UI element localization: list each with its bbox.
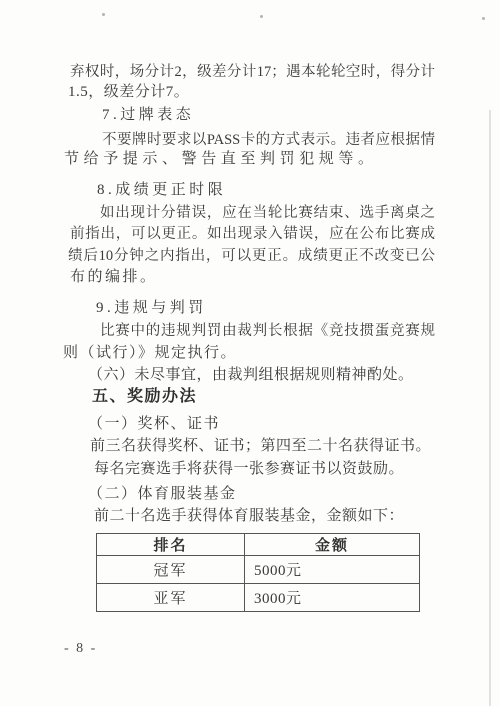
table-row: 冠军 5000元	[97, 556, 420, 584]
body-line-correction-2: 前指出，可以更正。如出现录入错误，应在公布比赛成	[70, 223, 435, 246]
body-line-pass-card-2: 节给予提示、警告直至判罚犯规等。	[64, 148, 378, 171]
subheading-sportswear-fund: （二）体育服装基金	[88, 483, 237, 506]
scan-speck	[102, 13, 105, 16]
body-line-correction-1: 如出现计分错误，应在当轮比赛结束、选手离桌之	[100, 202, 435, 225]
prize-table-header-row: 排名 金额	[97, 534, 420, 556]
scan-speck	[482, 17, 485, 20]
table-cell-amount-champion: 5000元	[245, 556, 420, 584]
body-line-awards-1: 前三名获得奖杯、证书；第四至二十名获得证书。	[90, 435, 431, 458]
page-number: - 8 -	[64, 641, 97, 657]
heading-pass-card: 7.过牌表态	[102, 104, 194, 127]
scan-speck	[260, 15, 263, 18]
prize-table: 排名 金额 冠军 5000元 亚军 3000元	[96, 533, 420, 612]
body-line-violation-1: 比赛中的违规判罚由裁判长根据《竞技掼蛋竞赛规	[100, 320, 435, 343]
scan-page-edge	[489, 110, 491, 706]
body-line-correction-3: 绩后10分钟之内指出，可以更正。成绩更正不改变已公	[68, 245, 435, 268]
scanned-document-page: 弃权时，场分计2，级差分计17；遇本轮轮空时，得分计 1.5，级差分计7。 7.…	[0, 0, 500, 706]
body-line-correction-4: 布的编排。	[70, 266, 158, 289]
table-cell-rank-runnerup: 亚军	[97, 584, 245, 612]
body-line-violation-2: 则（试行）》规定执行。	[63, 342, 237, 365]
body-line-unfinished-matters: （六）未尽事宜，由裁判组根据规则精神酌处。	[88, 364, 414, 387]
table-header-amount: 金额	[245, 534, 420, 556]
body-line-awards-2: 每名完赛选手将获得一张参赛证书以资鼓励。	[94, 458, 404, 481]
body-line-fund-intro: 前二十名选手获得体育服装基金，金额如下：	[94, 505, 404, 528]
body-line-scoring-end: 1.5，级差分计7。	[68, 81, 189, 104]
subheading-trophy-certificate: （一）奖杯、证书	[88, 413, 220, 436]
table-cell-amount-runnerup: 3000元	[245, 584, 420, 612]
table-header-rank: 排名	[97, 534, 245, 556]
table-cell-rank-champion: 冠军	[97, 556, 245, 584]
table-row: 亚军 3000元	[97, 584, 420, 612]
heading-violation-penalty: 9.违规与判罚	[96, 297, 207, 320]
heading-score-correction: 8.成绩更正时限	[97, 179, 226, 202]
section-heading-awards: 五、奖励办法	[92, 385, 197, 408]
